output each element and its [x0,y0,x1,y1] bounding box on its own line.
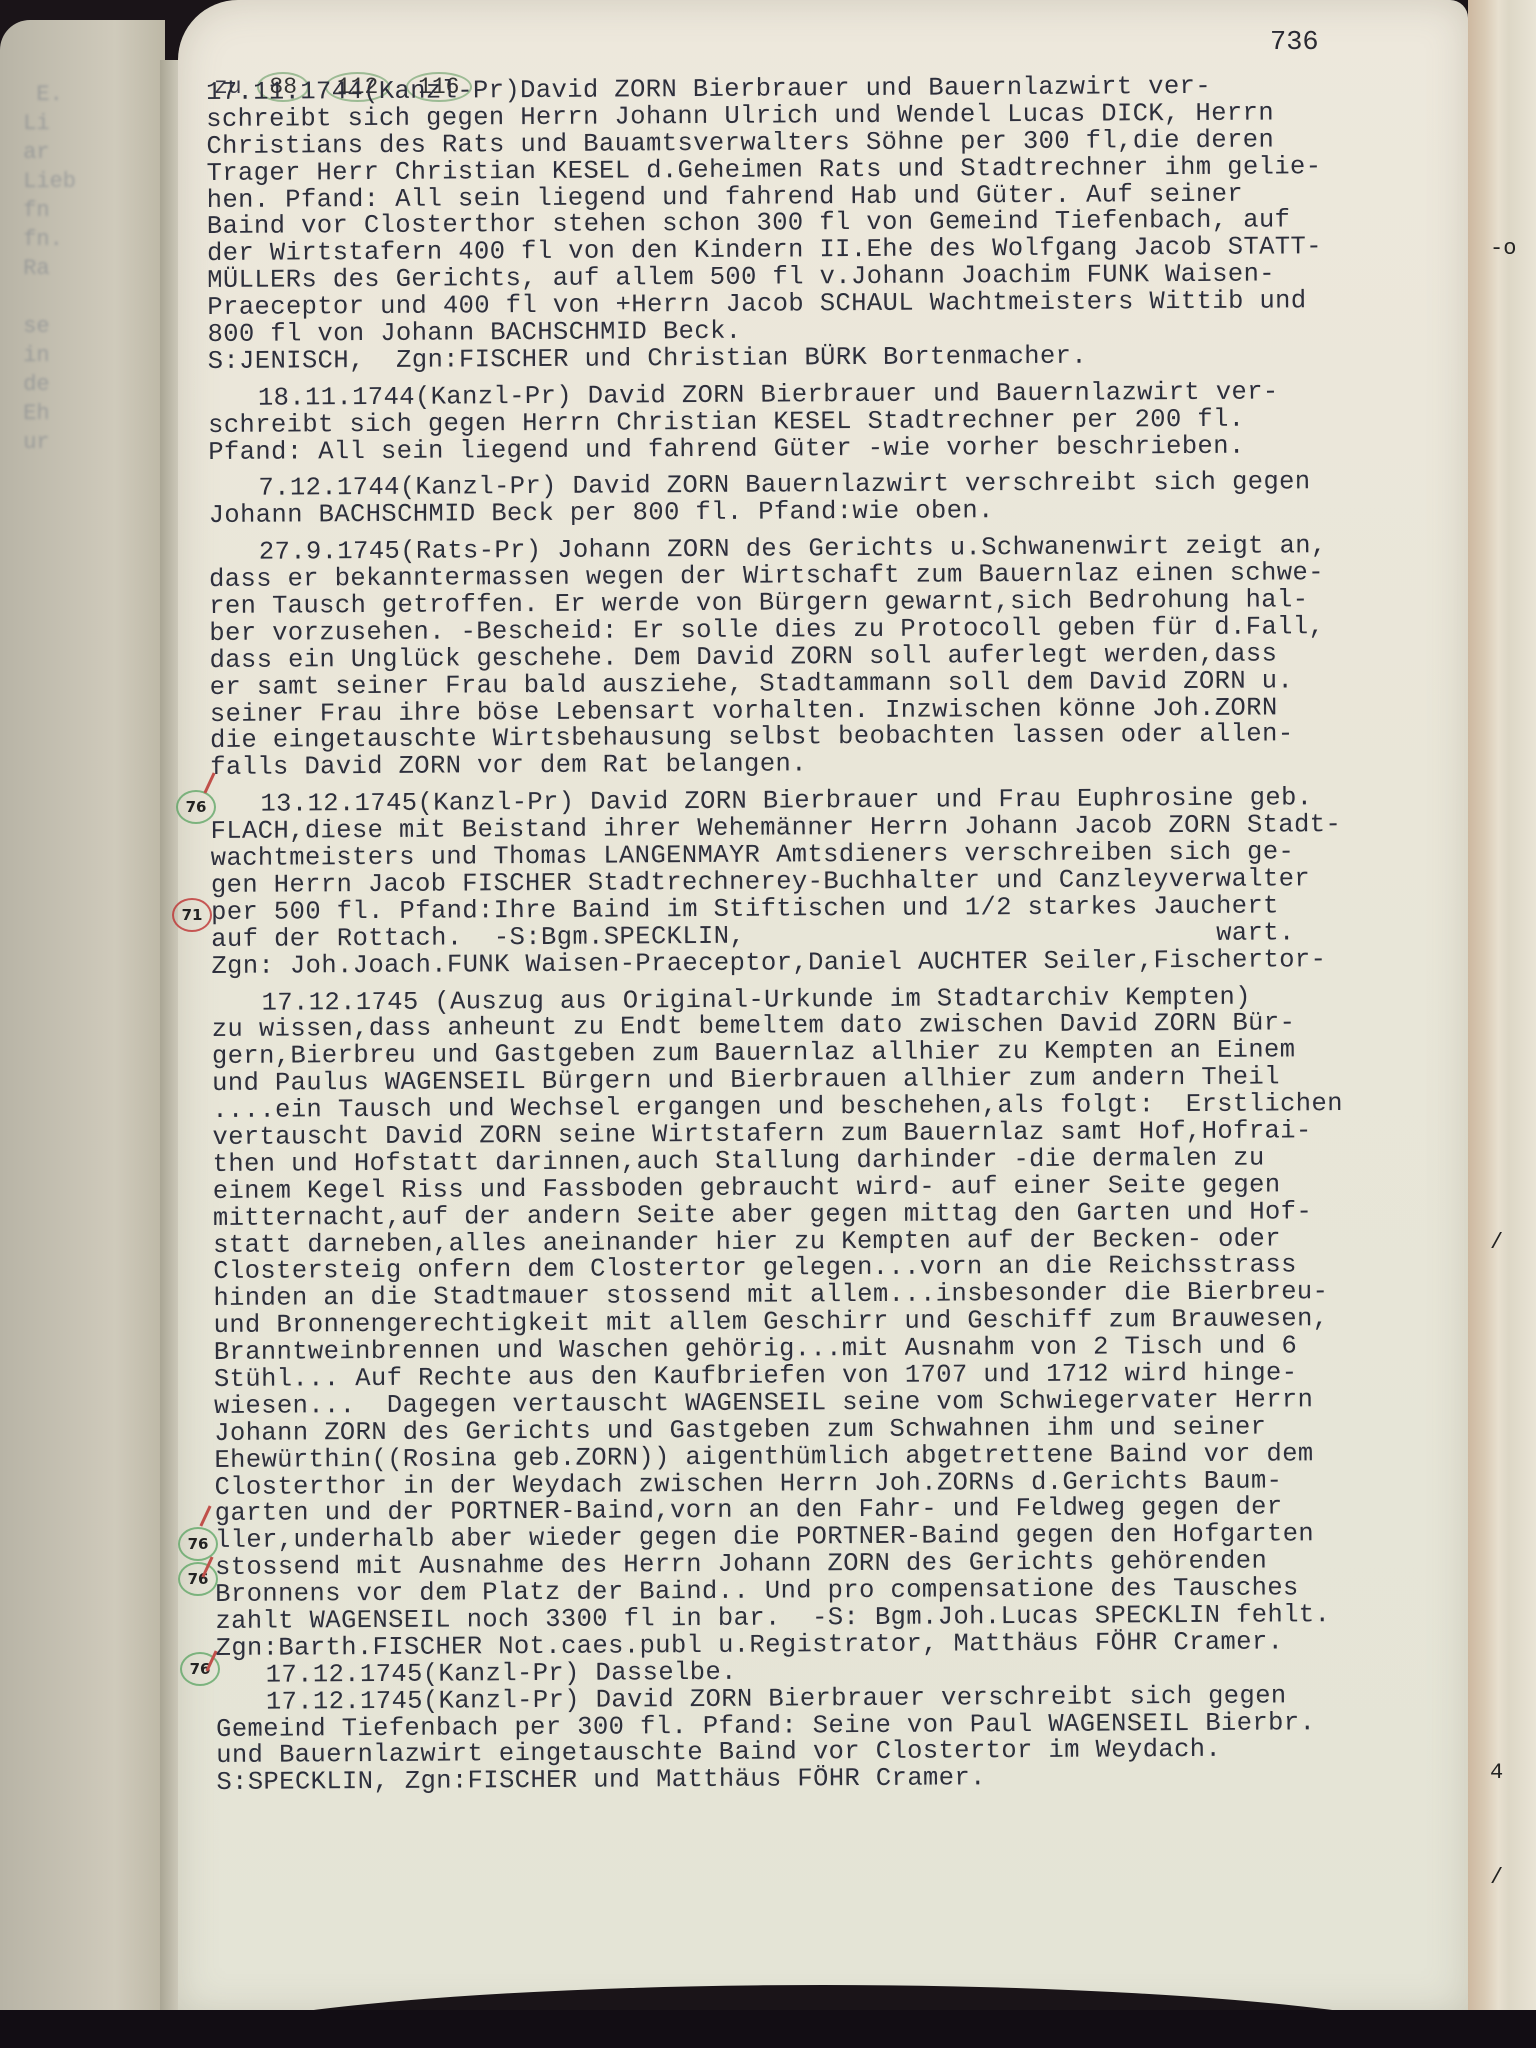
margin-note-circle: 71 [172,898,212,932]
page-edge-stack: -o / 4 / [1468,0,1536,2048]
bleed-through-text: E. Li ar Lieb fn fn. Ra se in de Eh ur [10,80,76,457]
edge-mark: / [1490,1230,1503,1255]
margin-note-circle: 76 [178,1527,218,1561]
entry-1744-11-17: 17.11.1744(Kanzl-Pr)David ZORN Bierbraue… [206,72,1458,375]
entry-1745-12-17-tiefenbach: 17.12.1745(Kanzl-Pr) David ZORN Bierbrau… [216,1682,1467,1797]
page-number: 736 [1270,28,1319,58]
edge-mark: 4 [1490,1760,1503,1785]
edge-mark: / [1490,1865,1503,1890]
typewritten-body: 17.11.1744(Kanzl-Pr)David ZORN Bierbraue… [206,72,1466,1797]
entry-1744-12-07: 7.12.1744(Kanzl-Pr) David ZORN Bauernlaz… [208,469,1458,530]
background-bottom [0,2010,1536,2048]
entry-1744-11-18: 18.11.1744(Kanzl-Pr) David ZORN Bierbrau… [208,378,1458,466]
margin-note-circle: 76 [178,1562,218,1596]
entry-1745-09-27: 27.9.1745(Rats-Pr) Johann ZORN des Geric… [209,533,1460,783]
entry-1745-12-13: 13.12.1745(Kanzl-Pr) David ZORN Bierbrau… [210,785,1461,981]
facing-left-page: E. Li ar Lieb fn fn. Ra se in de Eh ur [0,20,165,2020]
edge-mark: -o [1490,236,1516,261]
entry-1745-12-17-urkunde: 17.12.1745 (Auszug aus Original-Urkunde … [212,983,1466,1663]
